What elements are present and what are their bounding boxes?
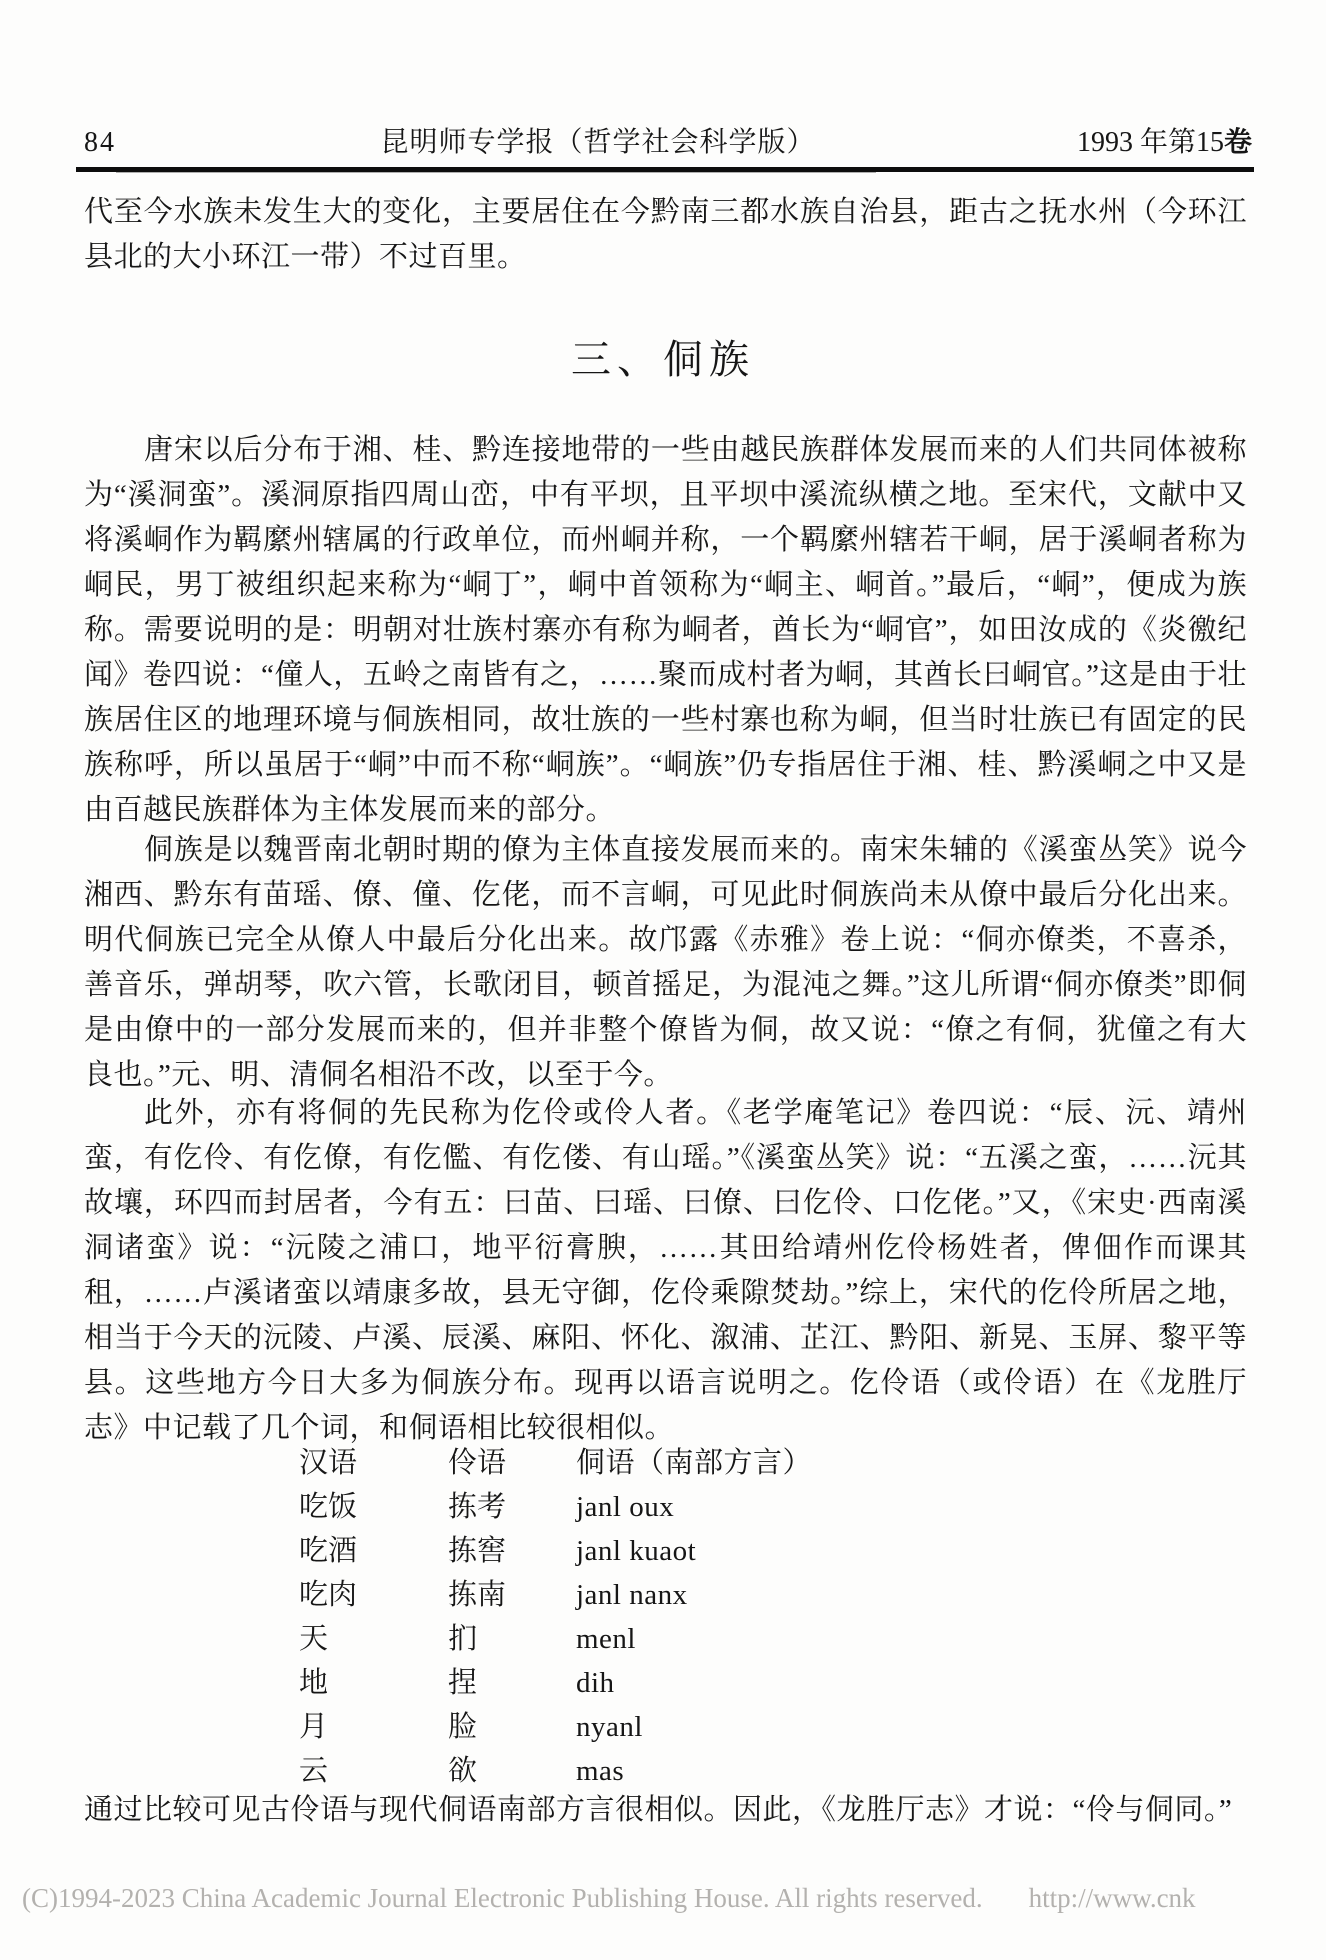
vocab-dong: mas bbox=[576, 1749, 1119, 1793]
vocab-ling: 拣窖 bbox=[448, 1529, 576, 1573]
vocab-dong: janl oux bbox=[576, 1485, 1119, 1529]
journal-page: 84 昆明师专学报（哲学社会科学版） 1993 年第15卷 代至今水族未发生大的… bbox=[0, 0, 1326, 1960]
vocab-dong: nyanl bbox=[576, 1705, 1119, 1749]
vocab-row: 吃肉 拣南 janl nanx bbox=[299, 1573, 1119, 1617]
vocab-chinese: 云 bbox=[299, 1749, 448, 1793]
page-number: 84 bbox=[84, 126, 204, 160]
paragraph-2: 侗族是以魏晋南北朝时期的僚为主体直接发展而来的。南宋朱辅的《溪蛮丛笑》说今湘西、… bbox=[84, 828, 1247, 1098]
vocab-row: 天 扪 menl bbox=[299, 1617, 1119, 1661]
vocab-row: 月 脸 nyanl bbox=[299, 1705, 1119, 1749]
vocab-row: 吃酒 拣窖 janl kuaot bbox=[299, 1529, 1119, 1573]
vocab-dong: janl kuaot bbox=[576, 1529, 1119, 1573]
col-header-chinese: 汉语 bbox=[299, 1441, 448, 1485]
vocab-row: 地 捏 dih bbox=[299, 1661, 1119, 1705]
vocab-ling: 捏 bbox=[448, 1661, 576, 1705]
copyright-footer: (C)1994-2023 China Academic Journal Elec… bbox=[22, 1882, 1196, 1914]
vocab-ling: 扪 bbox=[448, 1617, 576, 1661]
header-rule bbox=[76, 167, 1254, 172]
issue-volume-char: 卷 bbox=[1224, 127, 1252, 158]
vocab-chinese: 吃肉 bbox=[299, 1573, 448, 1617]
closing-paragraph: 通过比较可见古伶语与现代侗语南部方言很相似。因此，《龙胜厅志》才说：“伶与侗同。… bbox=[84, 1788, 1247, 1833]
col-header-dong: 侗语（南部方言） bbox=[576, 1441, 1119, 1485]
vocab-ling: 欲 bbox=[448, 1749, 576, 1793]
vocab-ling: 拣南 bbox=[448, 1573, 576, 1617]
footer-url: http://www.cnk bbox=[1029, 1882, 1196, 1914]
vocab-dong: menl bbox=[576, 1617, 1119, 1661]
section-title: 三、侗族 bbox=[0, 334, 1326, 386]
vocab-table: 汉语 伶语 侗语（南部方言） 吃饭 拣考 janl oux 吃酒 拣窖 janl… bbox=[299, 1441, 1119, 1793]
issue-year-volume: 1993 年第15 bbox=[1077, 127, 1224, 158]
vocab-chinese: 地 bbox=[299, 1661, 448, 1705]
vocab-row: 吃饭 拣考 janl oux bbox=[299, 1485, 1119, 1529]
vocab-chinese: 吃酒 bbox=[299, 1529, 448, 1573]
paragraph-3: 此外，亦有将侗的先民称为仡伶或伶人者。《老学庵笔记》卷四说：“辰、沅、靖州蛮，有… bbox=[84, 1091, 1247, 1451]
vocab-dong: janl nanx bbox=[576, 1573, 1119, 1617]
vocab-header-row: 汉语 伶语 侗语（南部方言） bbox=[299, 1441, 1119, 1485]
vocab-chinese: 月 bbox=[299, 1705, 448, 1749]
vocab-dong: dih bbox=[576, 1661, 1119, 1705]
issue-info: 1993 年第15卷 bbox=[992, 126, 1252, 160]
col-header-ling: 伶语 bbox=[448, 1441, 576, 1485]
journal-title: 昆明师专学报（哲学社会科学版） bbox=[204, 126, 992, 160]
page-header: 84 昆明师专学报（哲学社会科学版） 1993 年第15卷 bbox=[84, 126, 1252, 160]
vocab-ling: 拣考 bbox=[448, 1485, 576, 1529]
vocab-chinese: 天 bbox=[299, 1617, 448, 1661]
vocab-row: 云 欲 mas bbox=[299, 1749, 1119, 1793]
vocab-ling: 脸 bbox=[448, 1705, 576, 1749]
paragraph-1: 唐宋以后分布于湘、桂、黔连接地带的一些由越民族群体发展而来的人们共同体被称为“溪… bbox=[84, 428, 1247, 833]
continued-paragraph: 代至今水族未发生大的变化，主要居住在今黔南三都水族自治县，距古之抚水州（今环江县… bbox=[84, 190, 1247, 280]
footer-copyright: (C)1994-2023 China Academic Journal Elec… bbox=[22, 1882, 983, 1914]
vocab-chinese: 吃饭 bbox=[299, 1485, 448, 1529]
